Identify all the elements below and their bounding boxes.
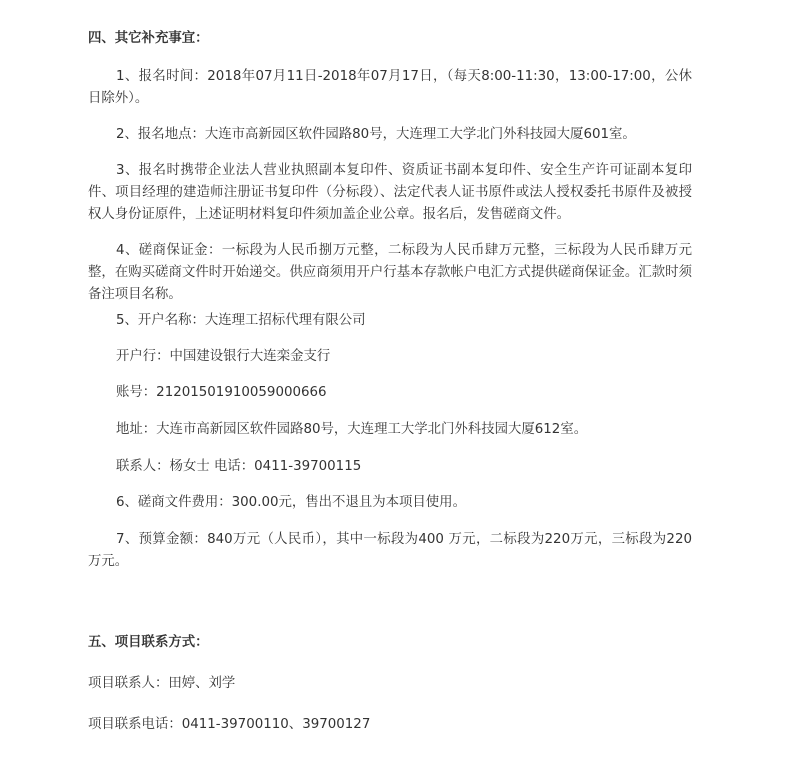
project-contact-person: 项目联系人：田婷、刘学 (88, 673, 692, 695)
project-contact-phone: 项目联系电话：0411-39700110、39700127 (88, 714, 692, 736)
item-deposit: 4、磋商保证金：一标段为人民币捌万元整，二标段为人民币肆万元整，三标段为人民币肆… (88, 240, 692, 306)
account-contact: 联系人：杨女士 电话：0411-39700115 (116, 456, 692, 478)
account-bank: 开户行：中国建设银行大连栾金支行 (116, 346, 692, 368)
item-budget: 7、预算金额：840万元（人民币），其中一标段为400 万元，二标段为220万元… (88, 529, 692, 573)
item-registration-location: 2、报名地点：大连市高新园区软件园路80号，大连理工大学北门外科技园大厦601室… (88, 124, 692, 146)
item-account-name: 5、开户名称：大连理工招标代理有限公司 (88, 310, 692, 332)
item-document-fee: 6、磋商文件费用：300.00元，售出不退且为本项目使用。 (88, 492, 692, 514)
account-number: 账号：21201501910059000666 (116, 382, 692, 404)
section-4-heading: 四、其它补充事宜： (88, 28, 209, 50)
account-address: 地址：大连市高新园区软件园路80号，大连理工大学北门外科技园大厦612室。 (116, 419, 692, 441)
item-registration-time: 1、报名时间：2018年07月11日-2018年07月17日，（每天8:00-1… (88, 66, 692, 110)
item-registration-documents: 3、报名时携带企业法人营业执照副本复印件、资质证书副本复印件、安全生产许可证副本… (88, 160, 692, 226)
section-5-heading: 五、项目联系方式： (88, 632, 209, 654)
